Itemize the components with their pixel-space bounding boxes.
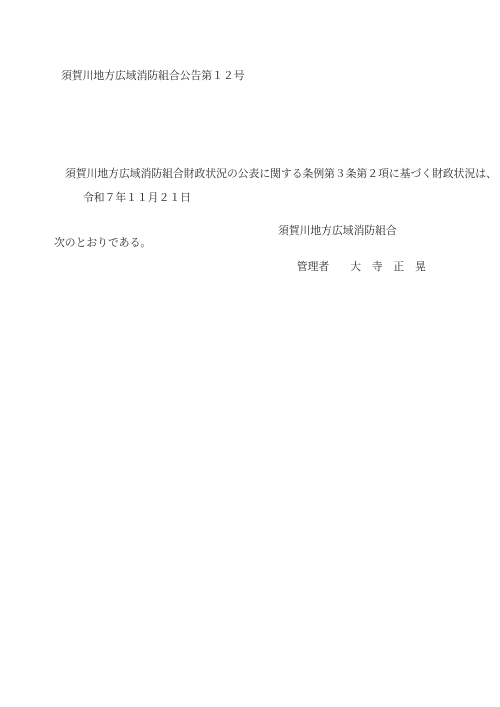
signature-person: 管理者大 寺 正 晃 — [286, 245, 426, 290]
signature-title: 管理者 — [297, 261, 329, 273]
signature-name: 大 寺 正 晃 — [350, 261, 426, 273]
document-date: 令和７年１１月２１日 — [83, 191, 191, 206]
body-paragraph: 須賀川地方広域消防組合財政状況の公表に関する条例第３条第２項に基づく財政状況は、… — [54, 117, 494, 301]
document-page: 須賀川地方広域消防組合公告第１２号 須賀川地方広域消防組合財政状況の公表に関する… — [0, 0, 500, 707]
body-paragraph-line-2: 次のとおりである。 — [54, 232, 494, 255]
body-paragraph-line-1: 須賀川地方広域消防組合財政状況の公表に関する条例第３条第２項に基づく財政状況は、 — [54, 163, 494, 186]
signature-organization: 須賀川地方広域消防組合 — [278, 224, 397, 239]
notice-number: 須賀川地方広域消防組合公告第１２号 — [61, 69, 245, 84]
